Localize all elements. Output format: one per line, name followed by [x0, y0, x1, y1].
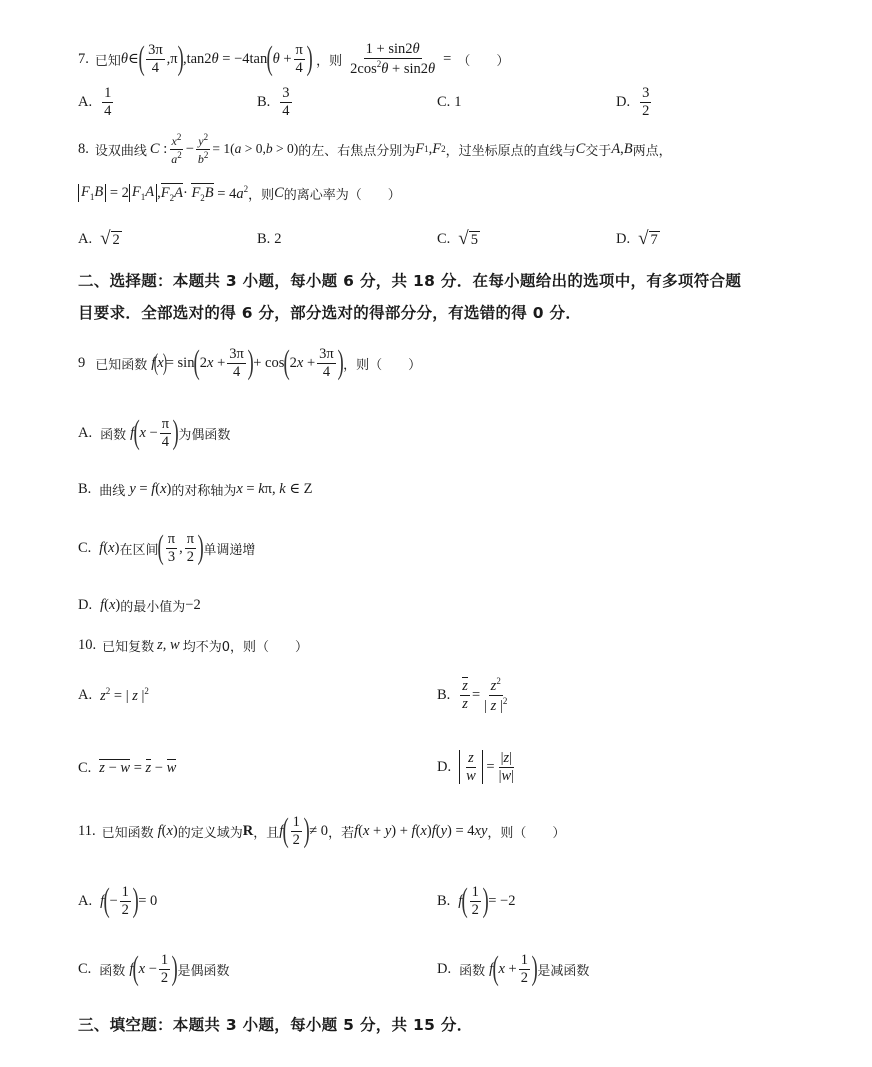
question-11-option-c[interactable]: C. 函数 f ( x − 12 ) 是偶函数	[78, 946, 230, 992]
question-9-stem: 9 已知函数 f (x) = sin ( 2x + 3π4 ) + cos ( …	[78, 340, 421, 386]
question-11-option-d[interactable]: D. 函数 f ( x + 12 ) 是减函数	[437, 946, 589, 992]
question-7-option-c[interactable]: C. 1	[437, 80, 462, 124]
question-9-option-d[interactable]: D. f(x) 的最小值为 −2	[78, 592, 201, 618]
question-11-option-a[interactable]: A. f ( − 12 ) = 0	[78, 878, 157, 924]
question-8-stem-line2: F1B = 2 F1A , F2A · F2B = 4a2 ，则 C 的离心率为…	[78, 178, 401, 208]
question-9-option-b[interactable]: B. 曲线 y = f(x) 的对称轴为 x = kπ, k ∈ Z	[78, 476, 313, 502]
question-10-option-c[interactable]: C. z − w = z − w	[78, 755, 176, 781]
answer-blank: （ ）	[457, 50, 509, 69]
question-10-option-b[interactable]: B. zz = z2| z |2	[437, 672, 511, 718]
target-expression: 1 + sin2θ 2cos2θ + sin2θ	[348, 41, 437, 77]
question-10-option-d[interactable]: D. zw = |z||w|	[437, 744, 518, 790]
question-7-option-b[interactable]: B. 34	[257, 80, 294, 124]
vector-f2a: F2A	[161, 183, 183, 203]
question-9-option-a[interactable]: A. 函数 f ( x − π4 ) 为偶函数	[78, 410, 230, 456]
vector-f2b: F2B	[191, 183, 213, 203]
question-10-stem: 10. 已知复数 z, w 均不为0，则（ ）	[78, 632, 308, 658]
fraction: 3π4	[146, 42, 165, 76]
section-2-heading-line2: 目要求．全部选对的得 6 分，部分选对的得部分分，有选错的得 0 分．	[78, 300, 581, 324]
question-8-option-c[interactable]: C. √5	[437, 226, 480, 252]
section-3-heading: 三、填空题：本题共 3 小题，每小题 5 分，共 15 分．	[78, 1012, 473, 1036]
question-9-option-c[interactable]: C. f(x) 在区间 ( π3 , π2 ) 单调递增	[78, 525, 255, 571]
question-7-option-a[interactable]: A. 14	[78, 80, 115, 124]
question-8-option-b[interactable]: B. 2	[257, 226, 282, 252]
question-11-stem: 11. 已知函数 f(x) 的定义域为 R ，且 f ( 12 ) ≠ 0 ，若…	[78, 808, 565, 854]
question-11-option-b[interactable]: B. f ( 12 ) = −2	[437, 878, 515, 924]
question-number: 7.	[78, 51, 89, 68]
question-8-option-d[interactable]: D. √7	[616, 226, 660, 252]
question-10-option-a[interactable]: A. z2 = | z |2	[78, 682, 149, 708]
math-theta: θ	[121, 51, 128, 68]
question-8-stem-line1: 8. 设双曲线 C : x2a2 − y2b2 = 1(a > 0,b > 0)…	[78, 127, 672, 171]
question-7-option-d[interactable]: D. 32	[616, 80, 653, 124]
section-2-heading-line1: 二、选择题：本题共 3 小题，每小题 6 分，共 18 分．在每小题给出的选项中…	[78, 268, 741, 292]
fraction: π4	[294, 42, 305, 76]
question-8-option-a[interactable]: A. √2	[78, 226, 122, 252]
